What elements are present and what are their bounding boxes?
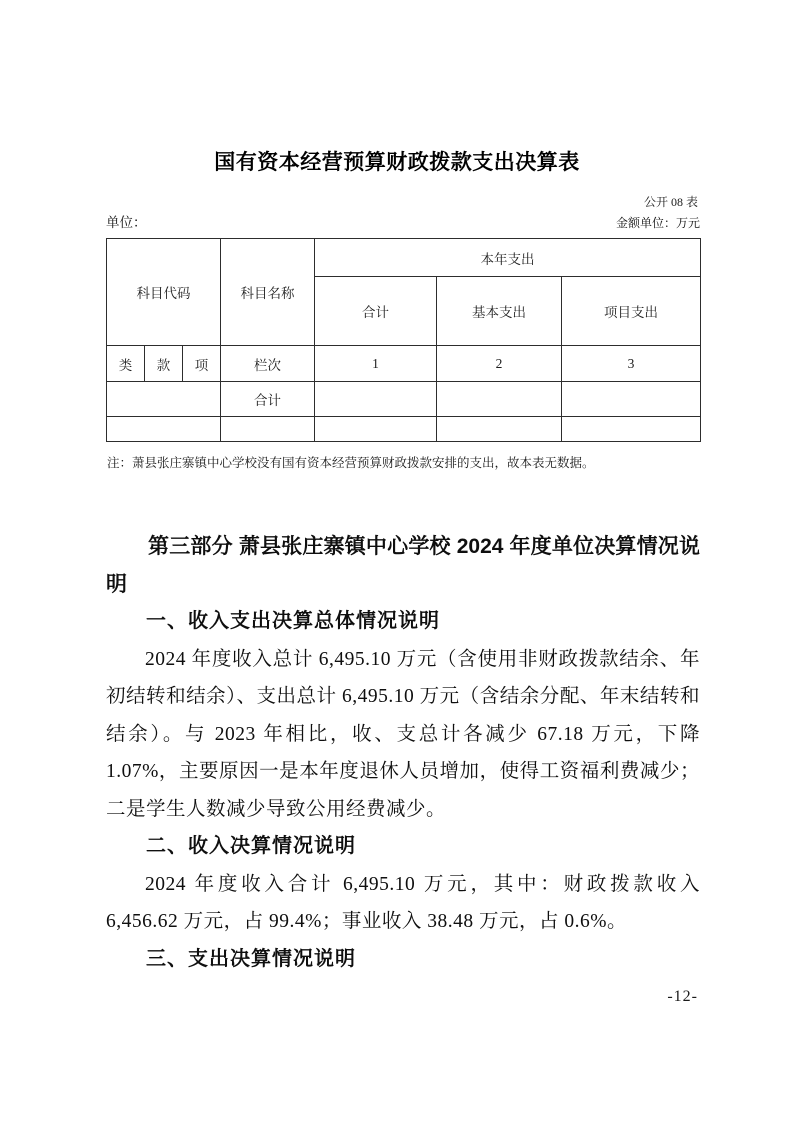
header-subject-code: 科目代码 [107,239,221,346]
section2-heading: 二、收入决算情况说明 [106,828,700,866]
cell-empty-amount [315,417,437,442]
cell-total-amount [315,382,437,417]
expenditure-table: 科目代码 科目名称 本年支出 合计 基本支出 项目支出 类 款 项 栏次 1 2… [106,238,701,442]
cell-empty-project [562,417,701,442]
header-subject-name: 科目名称 [221,239,315,346]
section1-paragraph: 2024 年度收入总计 6,495.10 万元（含使用非财政拨款结余、年初结转和… [106,641,700,829]
column-index-1: 1 [315,346,437,382]
table-row-empty [107,417,701,442]
header-total: 合计 [315,277,437,346]
table-note: 注：萧县张庄寨镇中心学校没有国有资本经营预算财政拨款安排的支出，故本表无数据。 [107,453,707,471]
table-row-total: 合计 [107,382,701,417]
header-basic-expenditure: 基本支出 [437,277,562,346]
table-meta-row: 单位： 金额单位：万元 [106,211,700,231]
narrative-section: 第三部分 萧县张庄寨镇中心学校 2024 年度单位决算情况说明 一、收入支出决算… [106,528,700,978]
table-header-row-1: 科目代码 科目名称 本年支出 [107,239,701,277]
cell-empty-basic [437,417,562,442]
header-code-item: 项 [183,346,221,382]
column-index-3: 3 [562,346,701,382]
cell-empty-name [221,417,315,442]
column-index-2: 2 [437,346,562,382]
section3-heading: 三、支出决算情况说明 [106,941,700,979]
header-code-section: 款 [145,346,183,382]
cell-total-code [107,382,221,417]
header-project-expenditure: 项目支出 [562,277,701,346]
part3-heading: 第三部分 萧县张庄寨镇中心学校 2024 年度单位决算情况说明 [106,528,700,603]
section1-heading: 一、收入支出决算总体情况说明 [106,603,700,641]
unit-label: 单位： [106,211,147,231]
section2-paragraph: 2024 年度收入合计 6,495.10 万元，其中：财政拨款收入 6,456.… [106,866,700,941]
header-column-index-label: 栏次 [221,346,315,382]
table-code-index-row: 类 款 项 栏次 1 2 3 [107,346,701,382]
cell-total-name: 合计 [221,382,315,417]
document-page: 国有资本经营预算财政拨款支出决算表 公开 08 表 单位： 金额单位：万元 科目… [0,0,794,1122]
amount-unit-label: 金额单位：万元 [616,214,700,231]
page-number: -12- [667,988,698,1006]
form-code-label: 公开 08 表 [644,193,698,210]
header-code-class: 类 [107,346,145,382]
cell-total-basic [437,382,562,417]
header-current-year-expenditure: 本年支出 [315,239,701,277]
cell-empty-code [107,417,221,442]
page-title: 国有资本经营预算财政拨款支出决算表 [0,146,794,176]
cell-total-project [562,382,701,417]
